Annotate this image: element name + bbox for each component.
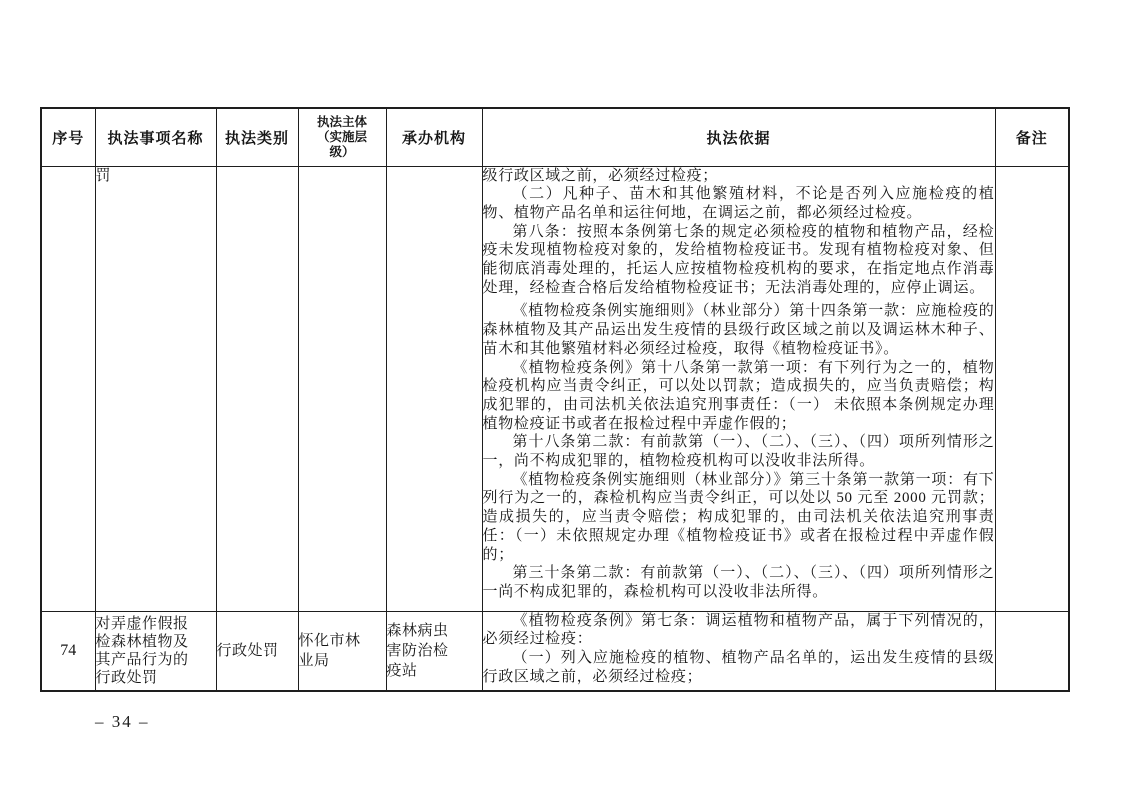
enforcement-table: 序号 执法事项名称 执法类别 执法主体 （实施层 级） 承办机构 执法依据 备注…	[40, 107, 1070, 692]
basis-cell: 级行政区域之前，必须经过检疫； （二）凡种子、苗木和其他繁殖材料，不论是否列入应…	[482, 166, 995, 611]
header-matter: 执法事项名称	[95, 108, 216, 166]
agency-cell	[386, 166, 482, 611]
basis-cell: 《植物检疫条例》第七条：调运植物和植物产品，属于下列情况的，必须经过检疫： （一…	[482, 611, 995, 691]
subject-cell	[298, 166, 386, 611]
header-basis: 执法依据	[482, 108, 995, 166]
subject-cell: 怀化市林 业局	[298, 611, 386, 691]
header-category: 执法类别	[216, 108, 298, 166]
basis-paragraph: 《植物检疫条例》第七条：调运植物和植物产品，属于下列情况的，必须经过检疫：	[483, 612, 995, 649]
header-subject: 执法主体 （实施层 级）	[298, 108, 386, 166]
agency-cell: 森林病虫 害防治检 疫站	[386, 611, 482, 691]
basis-paragraph: （二）凡种子、苗木和其他繁殖材料，不论是否列入应施检疫的植物、植物产品名单和运往…	[483, 185, 995, 222]
basis-paragraph: 级行政区域之前，必须经过检疫；	[483, 167, 995, 186]
category-cell: 行政处罚	[216, 611, 298, 691]
header-remark: 备注	[995, 108, 1069, 166]
header-seq: 序号	[41, 108, 95, 166]
seq-cell: 74	[41, 611, 95, 691]
basis-paragraph: （一）列入应施检疫的植物、植物产品名单的，运出发生疫情的县级行政区域之前，必须经…	[483, 649, 995, 686]
basis-paragraph: 第十八条第二款：有前款第（一）、（二）、（三）、（四）项所列情形之一，尚不构成犯…	[483, 433, 995, 470]
matter-cell: 对弄虚作假报 检森林植物及 其产品行为的 行政处罚	[95, 611, 216, 691]
table-header-row: 序号 执法事项名称 执法类别 执法主体 （实施层 级） 承办机构 执法依据 备注	[41, 108, 1069, 166]
seq-cell	[41, 166, 95, 611]
page-number: – 34 –	[95, 712, 150, 732]
basis-paragraph: 第八条：按照本条例第七条的规定必须检疫的植物和植物产品，经检疫未发现植物检疫对象…	[483, 223, 995, 298]
table-row: 74 对弄虚作假报 检森林植物及 其产品行为的 行政处罚 行政处罚 怀化市林 业…	[41, 611, 1069, 691]
header-agency: 承办机构	[386, 108, 482, 166]
matter-cell: 罚	[95, 166, 216, 611]
basis-paragraph: 《植物检疫条例实施细则（林业部分）》第三十条第一款第一项：有下列行为之一的，森检…	[483, 471, 995, 565]
remark-cell	[995, 611, 1069, 691]
document-page: 序号 执法事项名称 执法类别 执法主体 （实施层 级） 承办机构 执法依据 备注…	[0, 0, 1122, 793]
basis-paragraph: 《植物检疫条例实施细则》（林业部分）第十四条第一款：应施检疫的森林植物及其产品运…	[483, 302, 995, 358]
category-cell	[216, 166, 298, 611]
remark-cell	[995, 166, 1069, 611]
basis-paragraph: 《植物检疫条例》第十八条第一款第一项：有下列行为之一的，植物检疫机构应当责令纠正…	[483, 359, 995, 434]
basis-paragraph: 第三十条第二款：有前款第（一）、（二）、（三）、（四）项所列情形之一尚不构成犯罪…	[483, 564, 995, 601]
table-row: 罚 级行政区域之前，必须经过检疫； （二）凡种子、苗木和其他繁殖材料，不论是否列…	[41, 166, 1069, 611]
